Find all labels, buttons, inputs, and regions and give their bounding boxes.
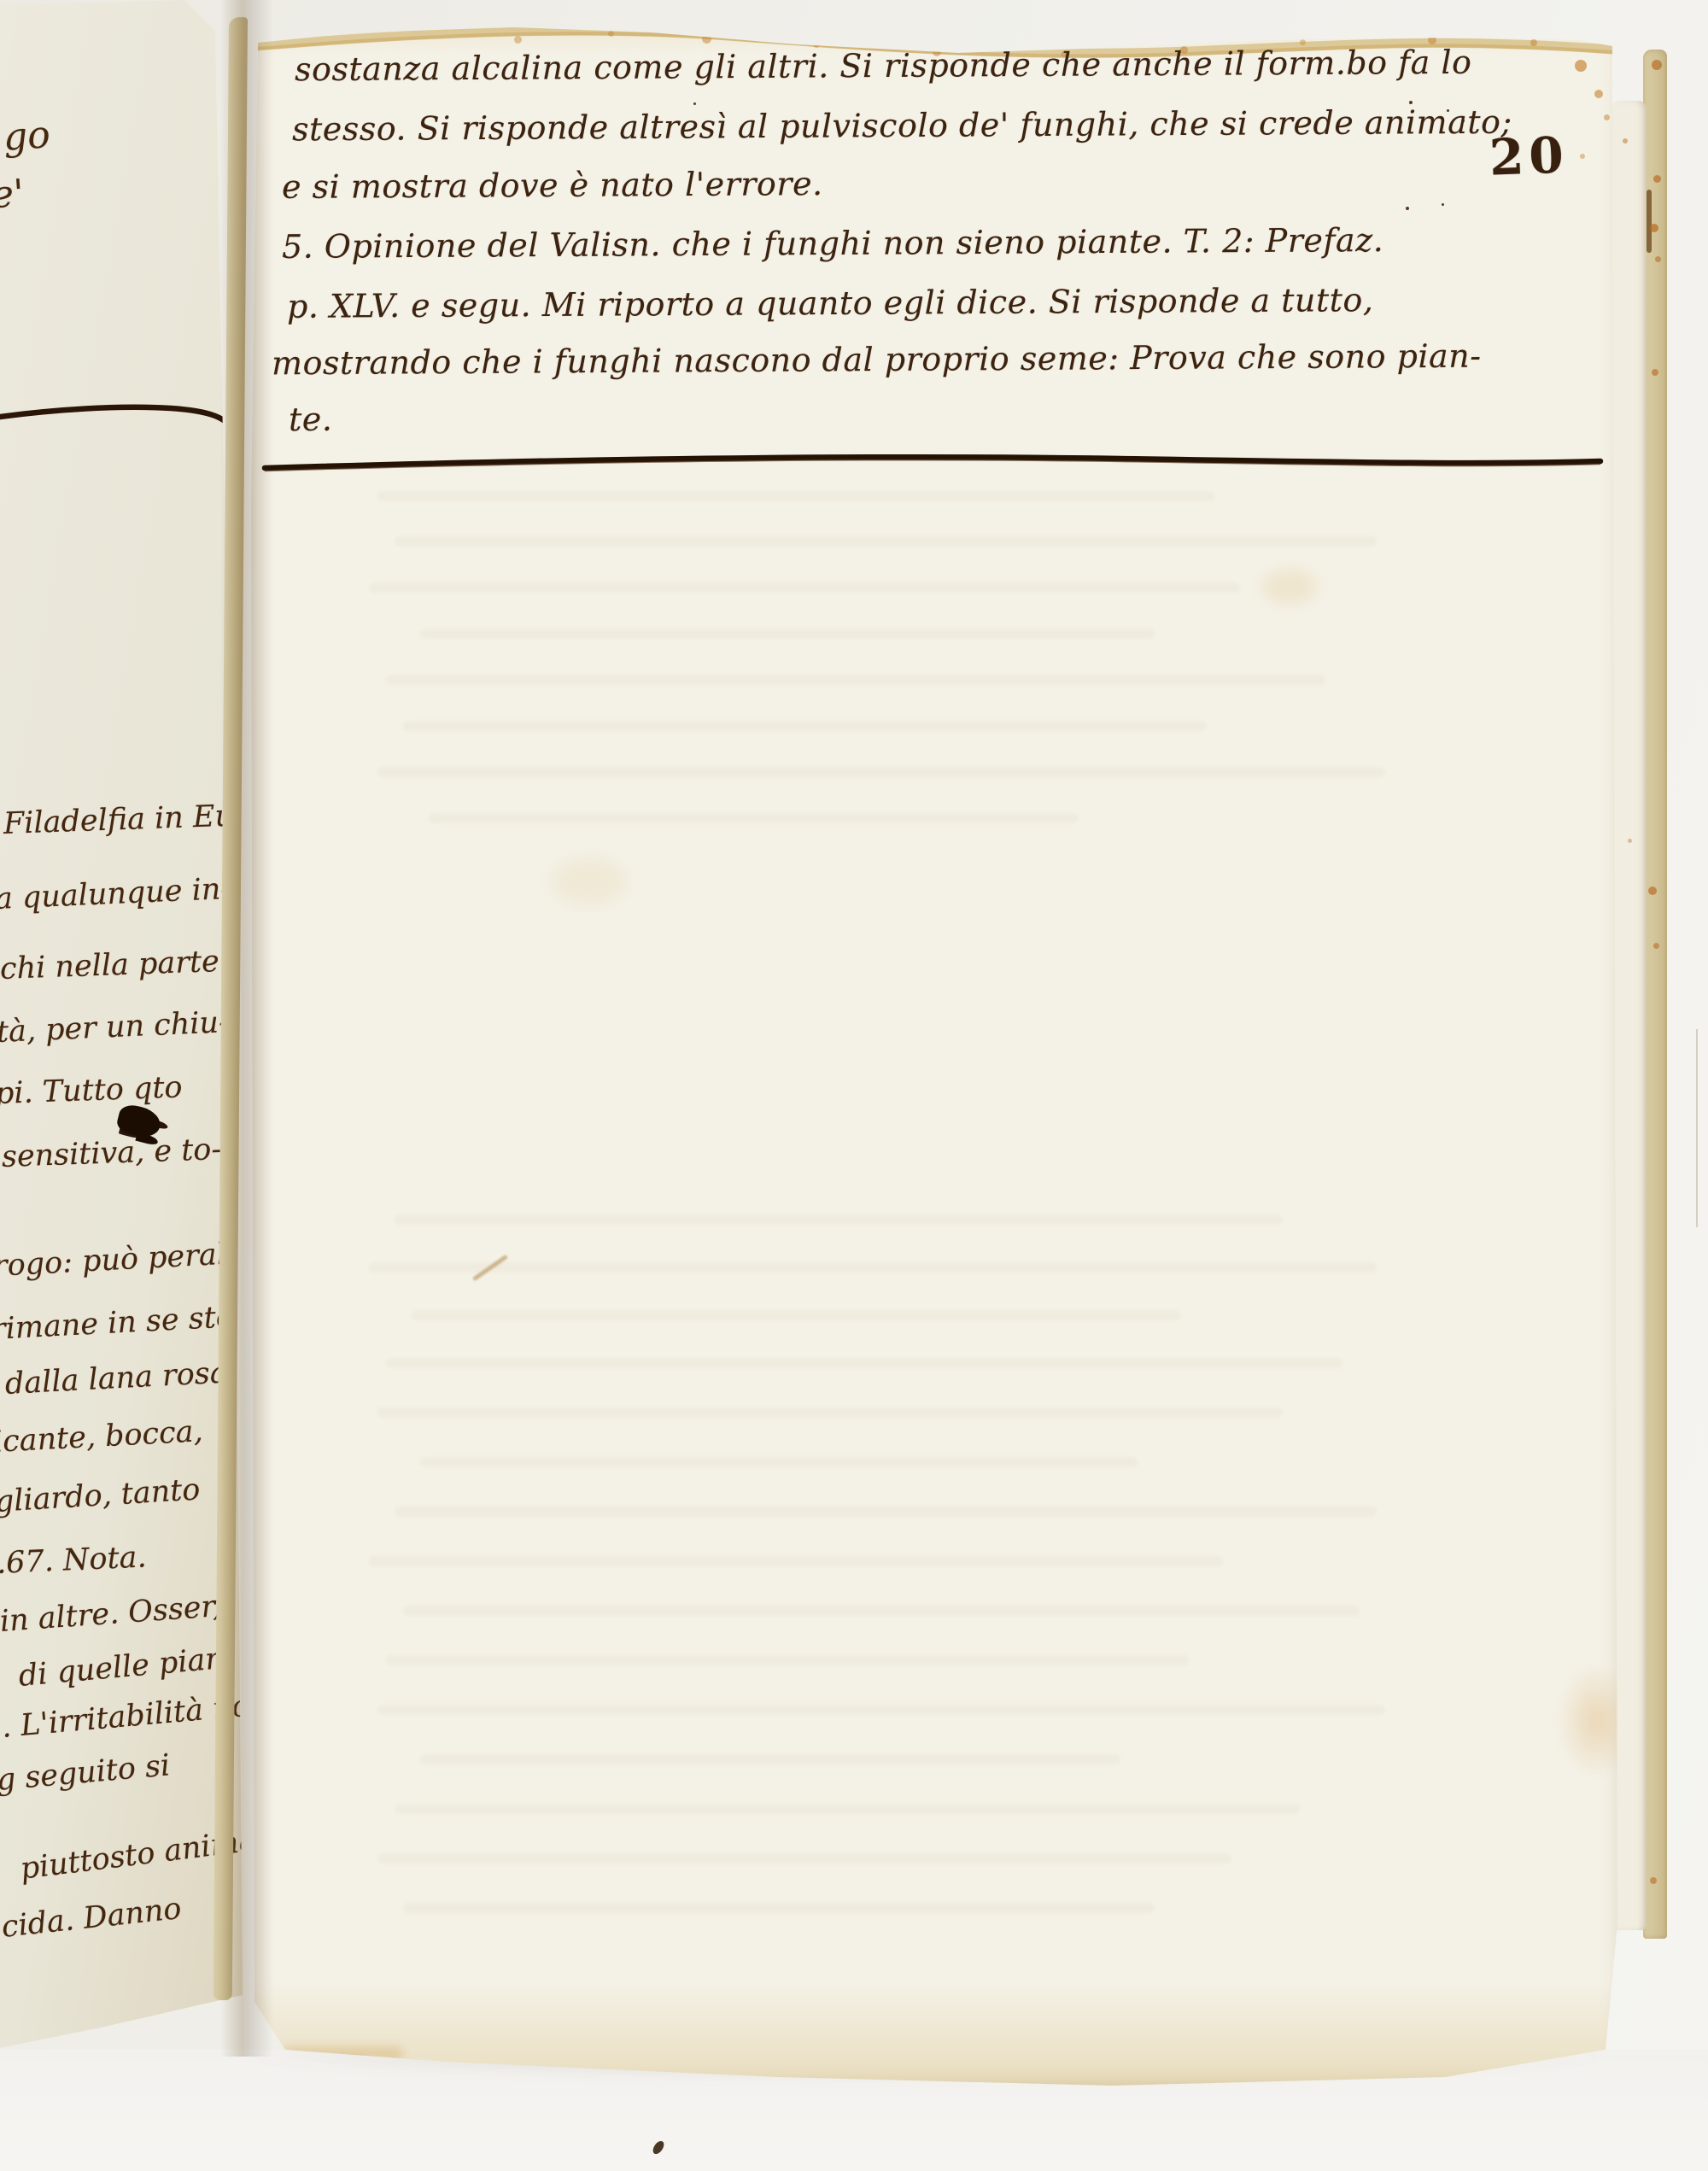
paper-stain xyxy=(1262,569,1317,605)
ghost-text-line xyxy=(377,1853,1231,1864)
foxing-spot xyxy=(1652,60,1662,70)
background-crease xyxy=(1696,1029,1698,1227)
foxing-spot xyxy=(1655,256,1661,262)
left-page-line: sensitiva, e to- xyxy=(1,1135,221,1173)
foxing-spot xyxy=(1652,369,1658,376)
ghost-text-line xyxy=(369,1262,1377,1273)
ghost-text-line xyxy=(395,1804,1300,1814)
left-page-line: dalla lana rosa- xyxy=(4,1358,238,1400)
left-page-line: .67. Nota. xyxy=(0,1542,147,1579)
ink-speck xyxy=(1406,207,1409,210)
left-page-line: g seguito si xyxy=(0,1751,172,1796)
foxing-spot xyxy=(1648,887,1657,895)
foxing-spot xyxy=(1650,1877,1657,1884)
ghost-text-line xyxy=(386,1358,1342,1368)
fore-edge-pages xyxy=(1643,50,1667,1939)
ghost-text-line xyxy=(377,1407,1283,1418)
paper-stain xyxy=(553,859,625,904)
ghost-text-line xyxy=(395,1507,1377,1517)
left-page-line: pi. Tutto qto xyxy=(0,1073,183,1109)
manuscript-line: stesso. Si risponde altresì al pulviscol… xyxy=(292,106,1512,146)
ghost-text-line xyxy=(403,721,1206,731)
ghost-text-line xyxy=(403,1606,1360,1616)
foxing-spot xyxy=(1623,138,1628,143)
fore-edge-stain xyxy=(1647,190,1652,253)
left-page-line: tà, per un chiu- xyxy=(0,1008,230,1048)
ghost-text-line xyxy=(395,536,1377,547)
ink-speck xyxy=(693,102,696,105)
section-rule xyxy=(249,442,1619,490)
left-page-line: chi nella parte xyxy=(0,947,219,985)
left-page-line: gliardo, tanto xyxy=(0,1475,201,1518)
foxing-spot xyxy=(1653,943,1659,949)
foxing-spot xyxy=(1653,175,1661,183)
ghost-text-line xyxy=(386,1655,1189,1665)
left-page-line: in altre. Osser, xyxy=(0,1592,223,1637)
ghost-text-line xyxy=(420,1754,1120,1764)
ink-speck xyxy=(1442,203,1444,206)
ghost-text-line xyxy=(369,1556,1223,1566)
foxing-spot xyxy=(514,36,522,44)
manuscript-line: e si mostra dove è nato l'errore. xyxy=(282,167,823,203)
ghost-text-line xyxy=(412,1310,1180,1320)
foxing-spot xyxy=(1594,90,1603,98)
foxing-spot xyxy=(608,31,614,37)
gutter-shadow xyxy=(220,0,273,2057)
manuscript-line: te. xyxy=(289,403,333,436)
ghost-text-line xyxy=(395,1214,1283,1225)
left-page-line: a qualunque in- xyxy=(0,875,231,915)
left-page-text-fragment: go xyxy=(3,116,52,157)
ghost-text-line xyxy=(403,1903,1155,1913)
foxing-spot xyxy=(1530,39,1537,46)
ghost-text-line xyxy=(420,1457,1138,1467)
foxing-spot xyxy=(1628,839,1632,843)
foxing-spot xyxy=(1650,224,1658,232)
ghost-text-line xyxy=(420,629,1155,639)
ghost-text-line xyxy=(369,582,1240,593)
left-page-line: Filadelfia in Eu- xyxy=(3,801,244,840)
left-page-line: icante, bocca, xyxy=(0,1417,203,1458)
left-page-line: di quelle pian- xyxy=(17,1643,236,1692)
photo-of-open-manuscript: go e' Filadelfia in Eu- a qualunque in- … xyxy=(0,0,1708,2171)
foxing-spot xyxy=(1575,60,1587,72)
manuscript-line: sostanza alcalina come gli altri. Si ris… xyxy=(295,46,1472,85)
manuscript-line: mostrando che i funghi nascono dal propr… xyxy=(272,340,1482,380)
ghost-text-line xyxy=(377,1705,1385,1715)
ghost-text-line xyxy=(377,767,1385,777)
ghost-text-line xyxy=(386,675,1325,685)
foxing-spot xyxy=(1580,154,1585,159)
manuscript-line: 5. Opinione del Valisn. che i funghi non… xyxy=(282,224,1383,263)
foxing-spot xyxy=(1604,114,1610,120)
ghost-text-line xyxy=(377,491,1214,501)
left-page-text-fragment: e' xyxy=(0,175,26,215)
main-page: 20 sostanza alcalina come gli altri. Si … xyxy=(249,26,1619,2087)
manuscript-line: p. XLV. e segu. Mi riporto a quanto egli… xyxy=(287,284,1374,323)
left-page-line: cida. Danno xyxy=(0,1894,183,1943)
left-page-rule xyxy=(0,391,248,442)
ghost-text-line xyxy=(429,813,1078,823)
